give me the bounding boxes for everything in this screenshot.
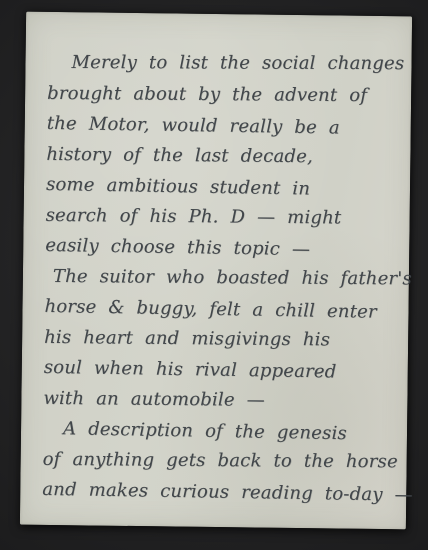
handwritten-text-block: Merely to list the social changes brough… <box>20 12 412 510</box>
handwritten-line: of anything gets back to the horse <box>43 444 395 477</box>
handwritten-line: The suitor who boasted his father's <box>45 261 397 294</box>
handwritten-line: with an automobile — <box>43 383 395 417</box>
handwritten-line: and makes curious reading to-day — <box>42 475 394 511</box>
handwritten-line: history of the last decade, <box>46 139 398 173</box>
photo-backdrop: Merely to list the social changes brough… <box>0 0 428 550</box>
handwritten-line: his heart and misgivings his <box>44 322 396 356</box>
handwritten-line: Merely to list the social changes <box>47 48 399 80</box>
handwritten-line: search of his Ph. D — might <box>46 200 398 234</box>
letter-page: Merely to list the social changes brough… <box>20 12 412 530</box>
handwritten-line: brought about by the advent of <box>47 78 399 111</box>
